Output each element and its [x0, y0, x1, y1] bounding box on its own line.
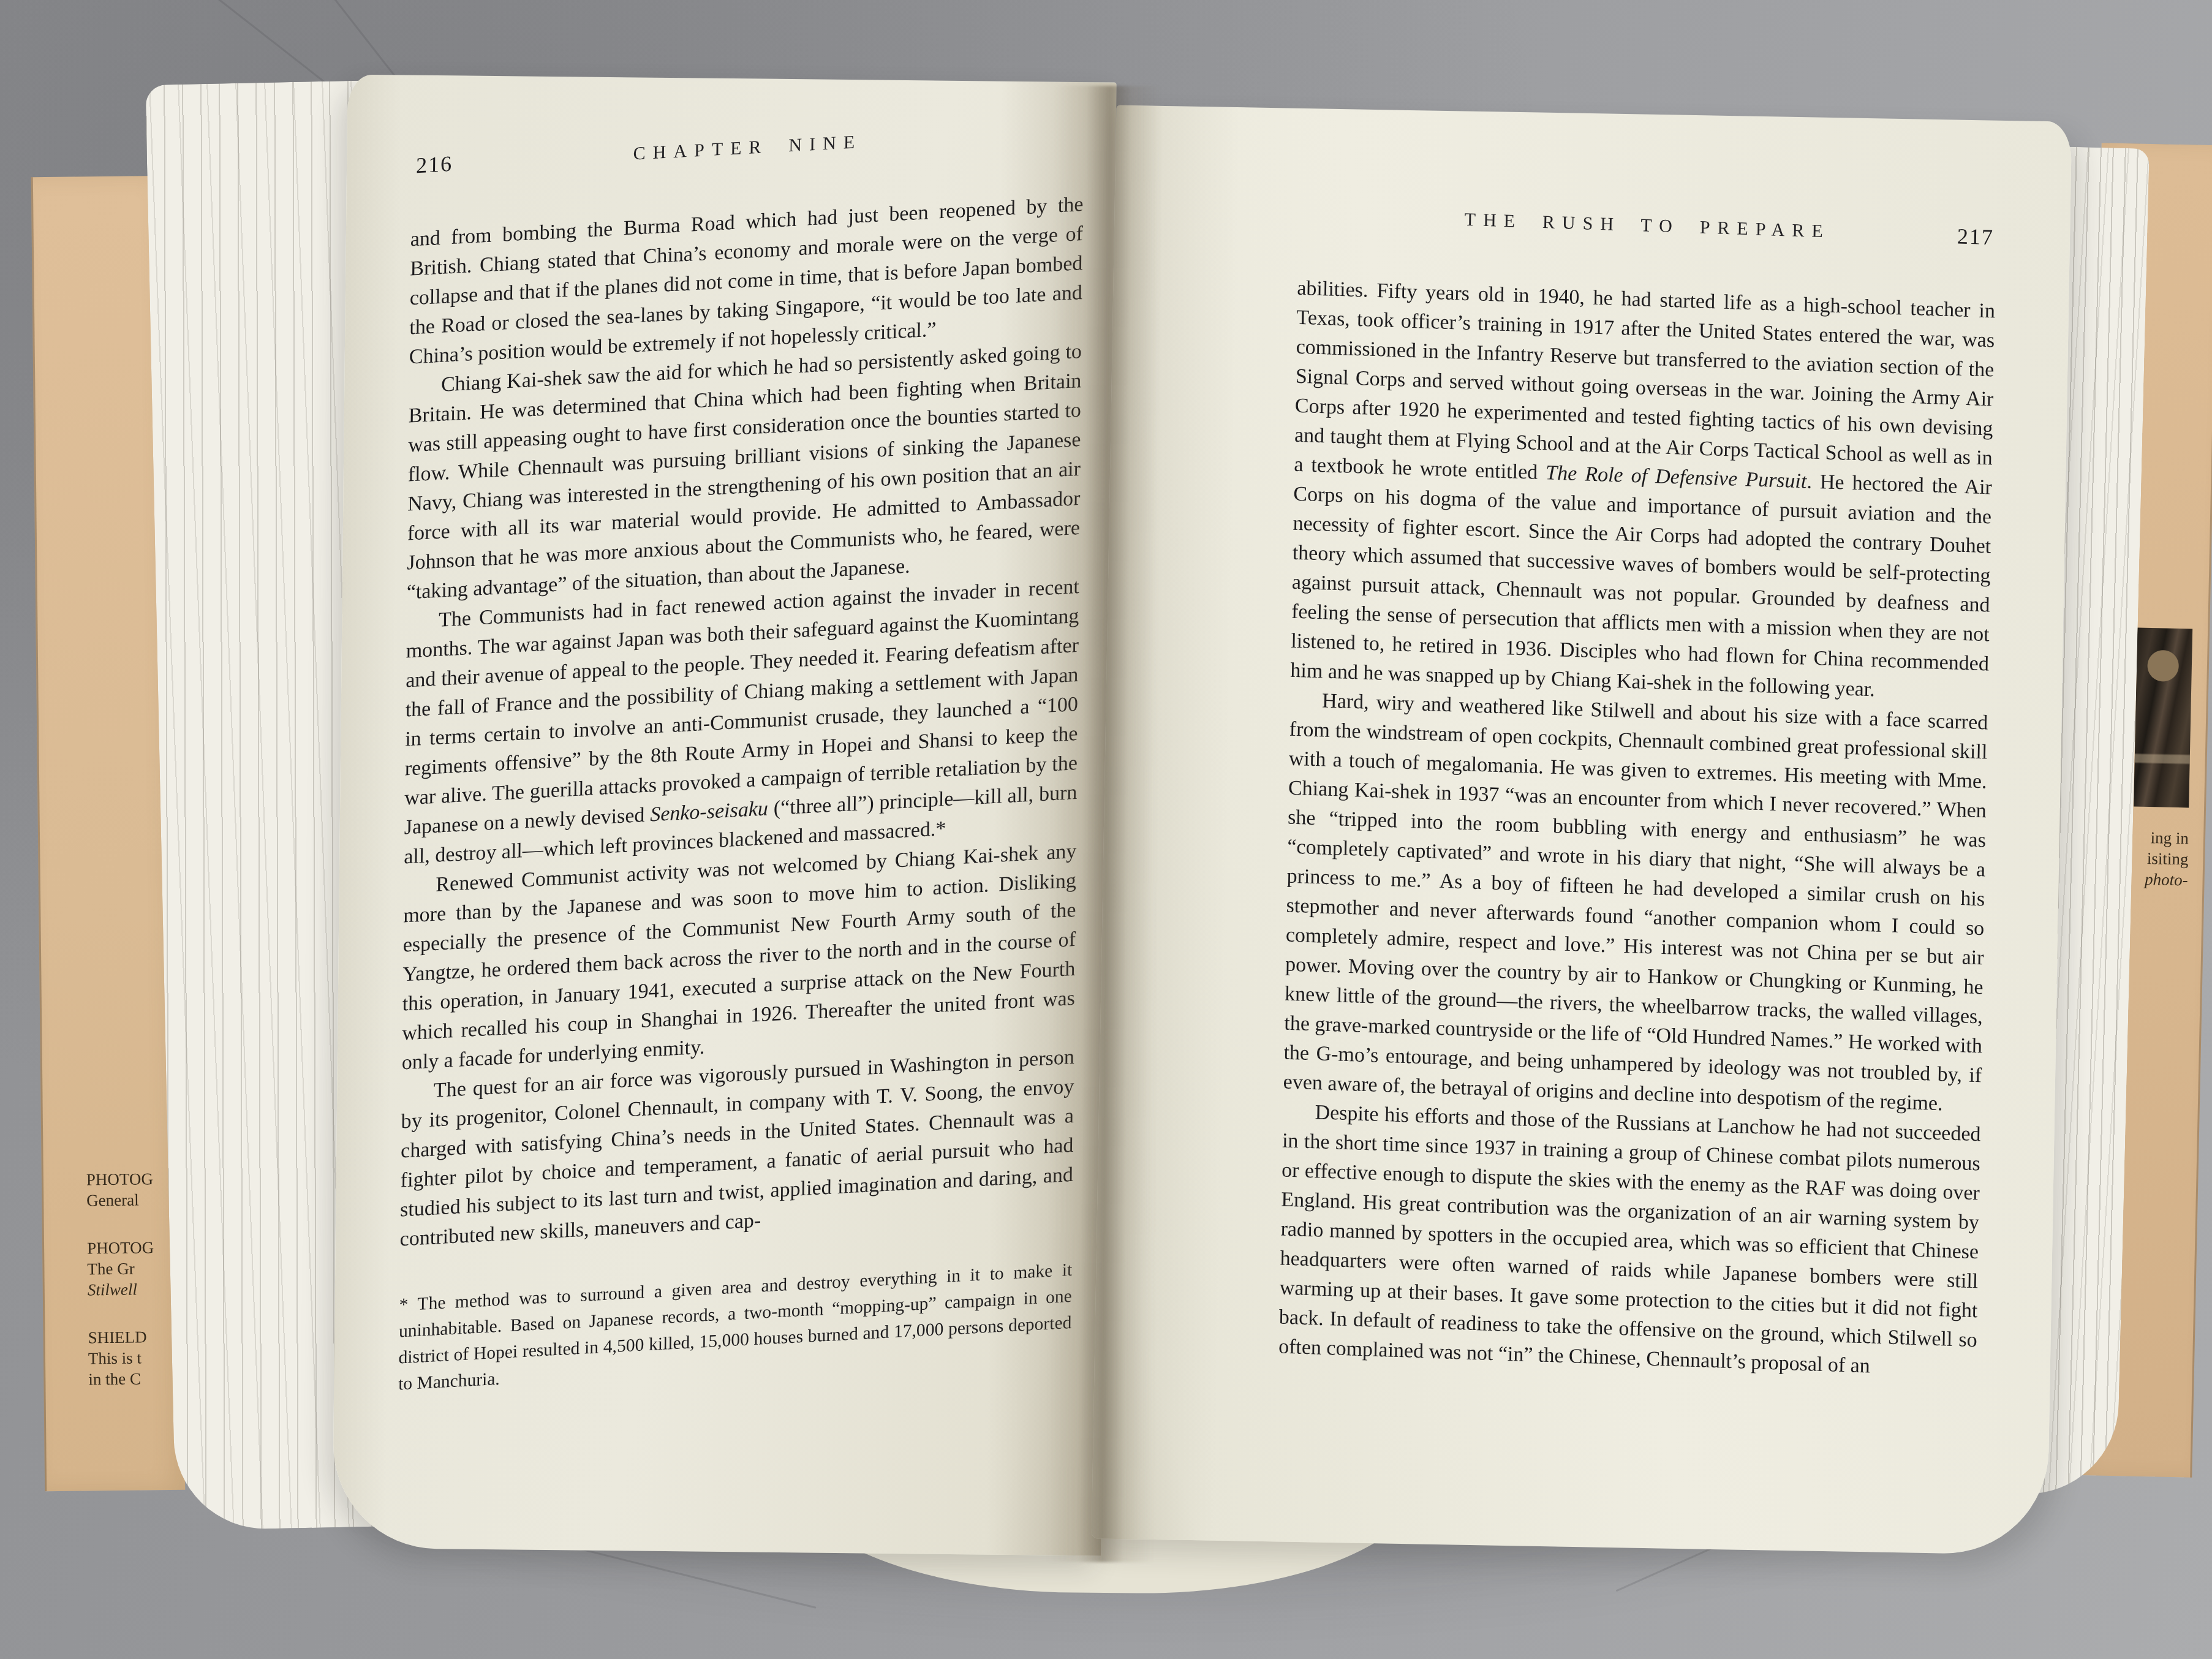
book-page-left: 216 CHAPTER NINE and from bombing the Bu… — [332, 74, 1116, 1555]
book-page-right: THE RUSH TO PREPARE 217 abilities. Fifty… — [1092, 105, 2072, 1555]
flap-caption-column: ing inisitingphoto- — [2145, 827, 2189, 890]
page-header: 216 CHAPTER NINE — [411, 116, 1084, 181]
page-content-right: THE RUSH TO PREPARE 217 abilities. Fifty… — [1278, 200, 1997, 1385]
body-paragraph: Despite his efforts and those of the Rus… — [1278, 1097, 1981, 1385]
flap-caption-fragment: photo- — [2145, 869, 2188, 890]
flap-caption-fragment: isiting — [2145, 848, 2189, 869]
book-photo-scene: PHOTOGGeneralPHOTOGThe GrStilwellSHIELDT… — [0, 0, 2212, 1659]
flap-caption-group: PHOTOGGeneral — [86, 1168, 154, 1211]
flap-caption-fragment: ing in — [2145, 827, 2189, 848]
flap-caption-fragment: PHOTOG — [86, 1168, 153, 1190]
body-text: and from bombing the Burma Road which ha… — [399, 190, 1083, 1254]
flap-caption-fragment: SHIELD — [88, 1326, 154, 1348]
flap-caption-fragment: in the C — [88, 1368, 155, 1389]
page-content-left: 216 CHAPTER NINE and from bombing the Bu… — [398, 116, 1084, 1397]
flap-caption-group: SHIELDThis is tin the C — [88, 1326, 155, 1389]
footnote: * The method was to surround a given are… — [398, 1257, 1072, 1398]
flap-caption-fragment: General — [86, 1189, 153, 1211]
jacket-photo-fragment — [2134, 628, 2192, 808]
flap-caption-group: ing inisitingphoto- — [2145, 827, 2189, 890]
body-paragraph: abilities. Fifty years old in 1940, he h… — [1290, 274, 1995, 709]
flap-caption-fragment: This is t — [88, 1347, 155, 1369]
flap-caption-fragment: The Gr — [87, 1258, 154, 1279]
body-paragraph: The quest for an air force was vigorousl… — [399, 1043, 1074, 1255]
body-text: abilities. Fifty years old in 1940, he h… — [1278, 274, 1996, 1385]
flap-caption-group: PHOTOGThe GrStilwell — [87, 1237, 154, 1300]
body-paragraph: The Communists had in fact renewed actio… — [404, 572, 1079, 872]
body-paragraph: Renewed Communist activity was not welco… — [401, 837, 1076, 1078]
body-paragraph: Hard, wiry and weathered like Stilwell a… — [1283, 686, 1988, 1120]
running-head: THE RUSH TO PREPARE — [1298, 204, 1996, 248]
flap-caption-fragment: Stilwell — [88, 1279, 154, 1300]
page-number: 217 — [1957, 223, 1995, 250]
running-head: CHAPTER NINE — [411, 120, 1084, 176]
body-paragraph: Chiang Kai-shek saw the aid for which he… — [407, 337, 1082, 608]
flap-caption-column: PHOTOGGeneralPHOTOGThe GrStilwellSHIELDT… — [86, 1168, 156, 1389]
flap-caption-fragment: PHOTOG — [87, 1237, 154, 1258]
page-header: THE RUSH TO PREPARE 217 — [1298, 200, 1996, 253]
